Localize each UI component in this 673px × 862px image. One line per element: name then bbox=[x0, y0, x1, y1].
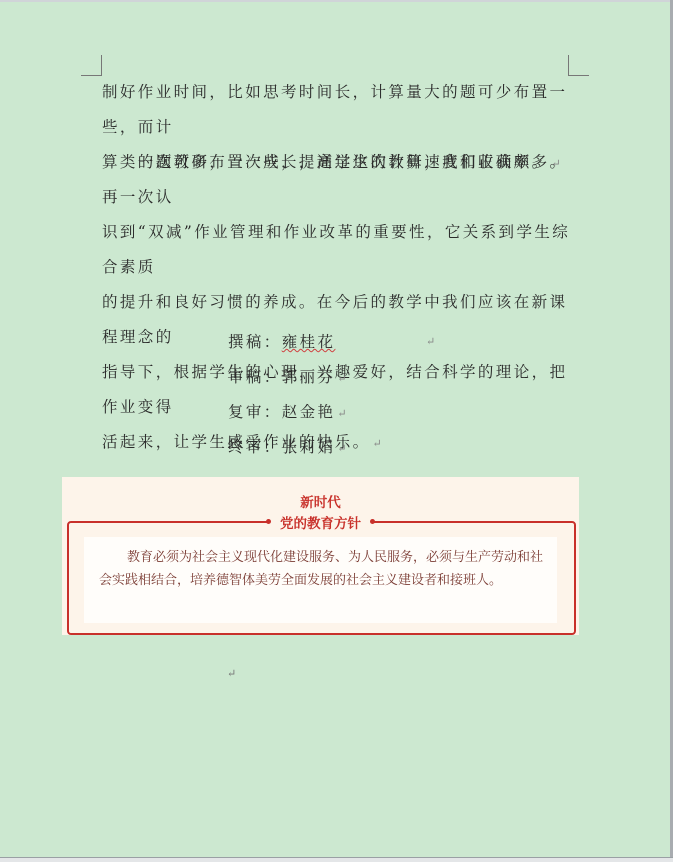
text-line: 的提升和良好习惯的养成。在今后的教学中我们应该在新课程理念的 bbox=[102, 285, 572, 355]
paragraph-mark-icon: ↵ bbox=[337, 442, 346, 455]
card-title-line2-wrap: 党的教育方针 bbox=[62, 512, 579, 532]
text-line: 一次教研，一次成长，通过这次教研，我们收获颇多。再一次认 bbox=[102, 145, 572, 215]
card-body-text: 教育必须为社会主义现代化建设服务、为人民服务，必须与生产劳动和社会实践相结合，培… bbox=[99, 546, 547, 592]
card-body-panel: 教育必须为社会主义现代化建设服务、为人民服务，必须与生产劳动和社会实践相结合，培… bbox=[84, 537, 557, 623]
signature-name: 雍桂花 bbox=[282, 333, 336, 351]
text-line: 制好作业时间，比如思考时间长，计算量大的题可少布置一些，而计 bbox=[102, 75, 572, 145]
signature-label: 撰稿： bbox=[228, 333, 282, 351]
signature-label: 审稿： bbox=[228, 368, 282, 386]
signature-final-reviewer[interactable]: 终审：张莉娟↵ bbox=[228, 435, 347, 457]
signature-name: 赵金艳 bbox=[282, 403, 336, 421]
dot-icon bbox=[370, 519, 375, 524]
text-line: 识到“双减”作业管理和作业改革的重要性，它关系到学生综合素质 bbox=[102, 215, 572, 285]
education-policy-image[interactable]: 新时代 党的教育方针 教育必须为社会主义现代化建设服务、为人民服务，必须与生产劳… bbox=[62, 477, 579, 635]
card-title-line1: 新时代 bbox=[62, 491, 579, 511]
paragraph-mark-icon: ↵ bbox=[337, 372, 346, 385]
signature-reviewer[interactable]: 审稿：郭丽芬↵ bbox=[228, 365, 347, 387]
signature-label: 复审： bbox=[228, 403, 282, 421]
dot-icon bbox=[266, 519, 271, 524]
signature-name: 张莉娟 bbox=[282, 438, 336, 456]
signature-second-reviewer[interactable]: 复审：赵金艳↵ bbox=[228, 400, 347, 422]
margin-corner-top-right bbox=[568, 55, 589, 76]
paragraph-mark-icon: ↵ bbox=[337, 407, 346, 420]
card-title-line2: 党的教育方针 bbox=[280, 516, 361, 532]
paragraph-mark-icon: ↵ bbox=[227, 667, 236, 680]
paragraph-mark-icon: ↵ bbox=[426, 335, 435, 348]
margin-corner-top-left bbox=[81, 55, 102, 76]
signature-label: 终审： bbox=[228, 438, 282, 456]
window-top-edge bbox=[0, 0, 673, 2]
paragraph-mark-icon: ↵ bbox=[373, 437, 382, 450]
signature-name: 郭丽芬 bbox=[282, 368, 336, 386]
horizontal-scrollbar[interactable] bbox=[0, 857, 673, 862]
signature-author[interactable]: 撰稿：雍桂花 bbox=[228, 330, 335, 352]
